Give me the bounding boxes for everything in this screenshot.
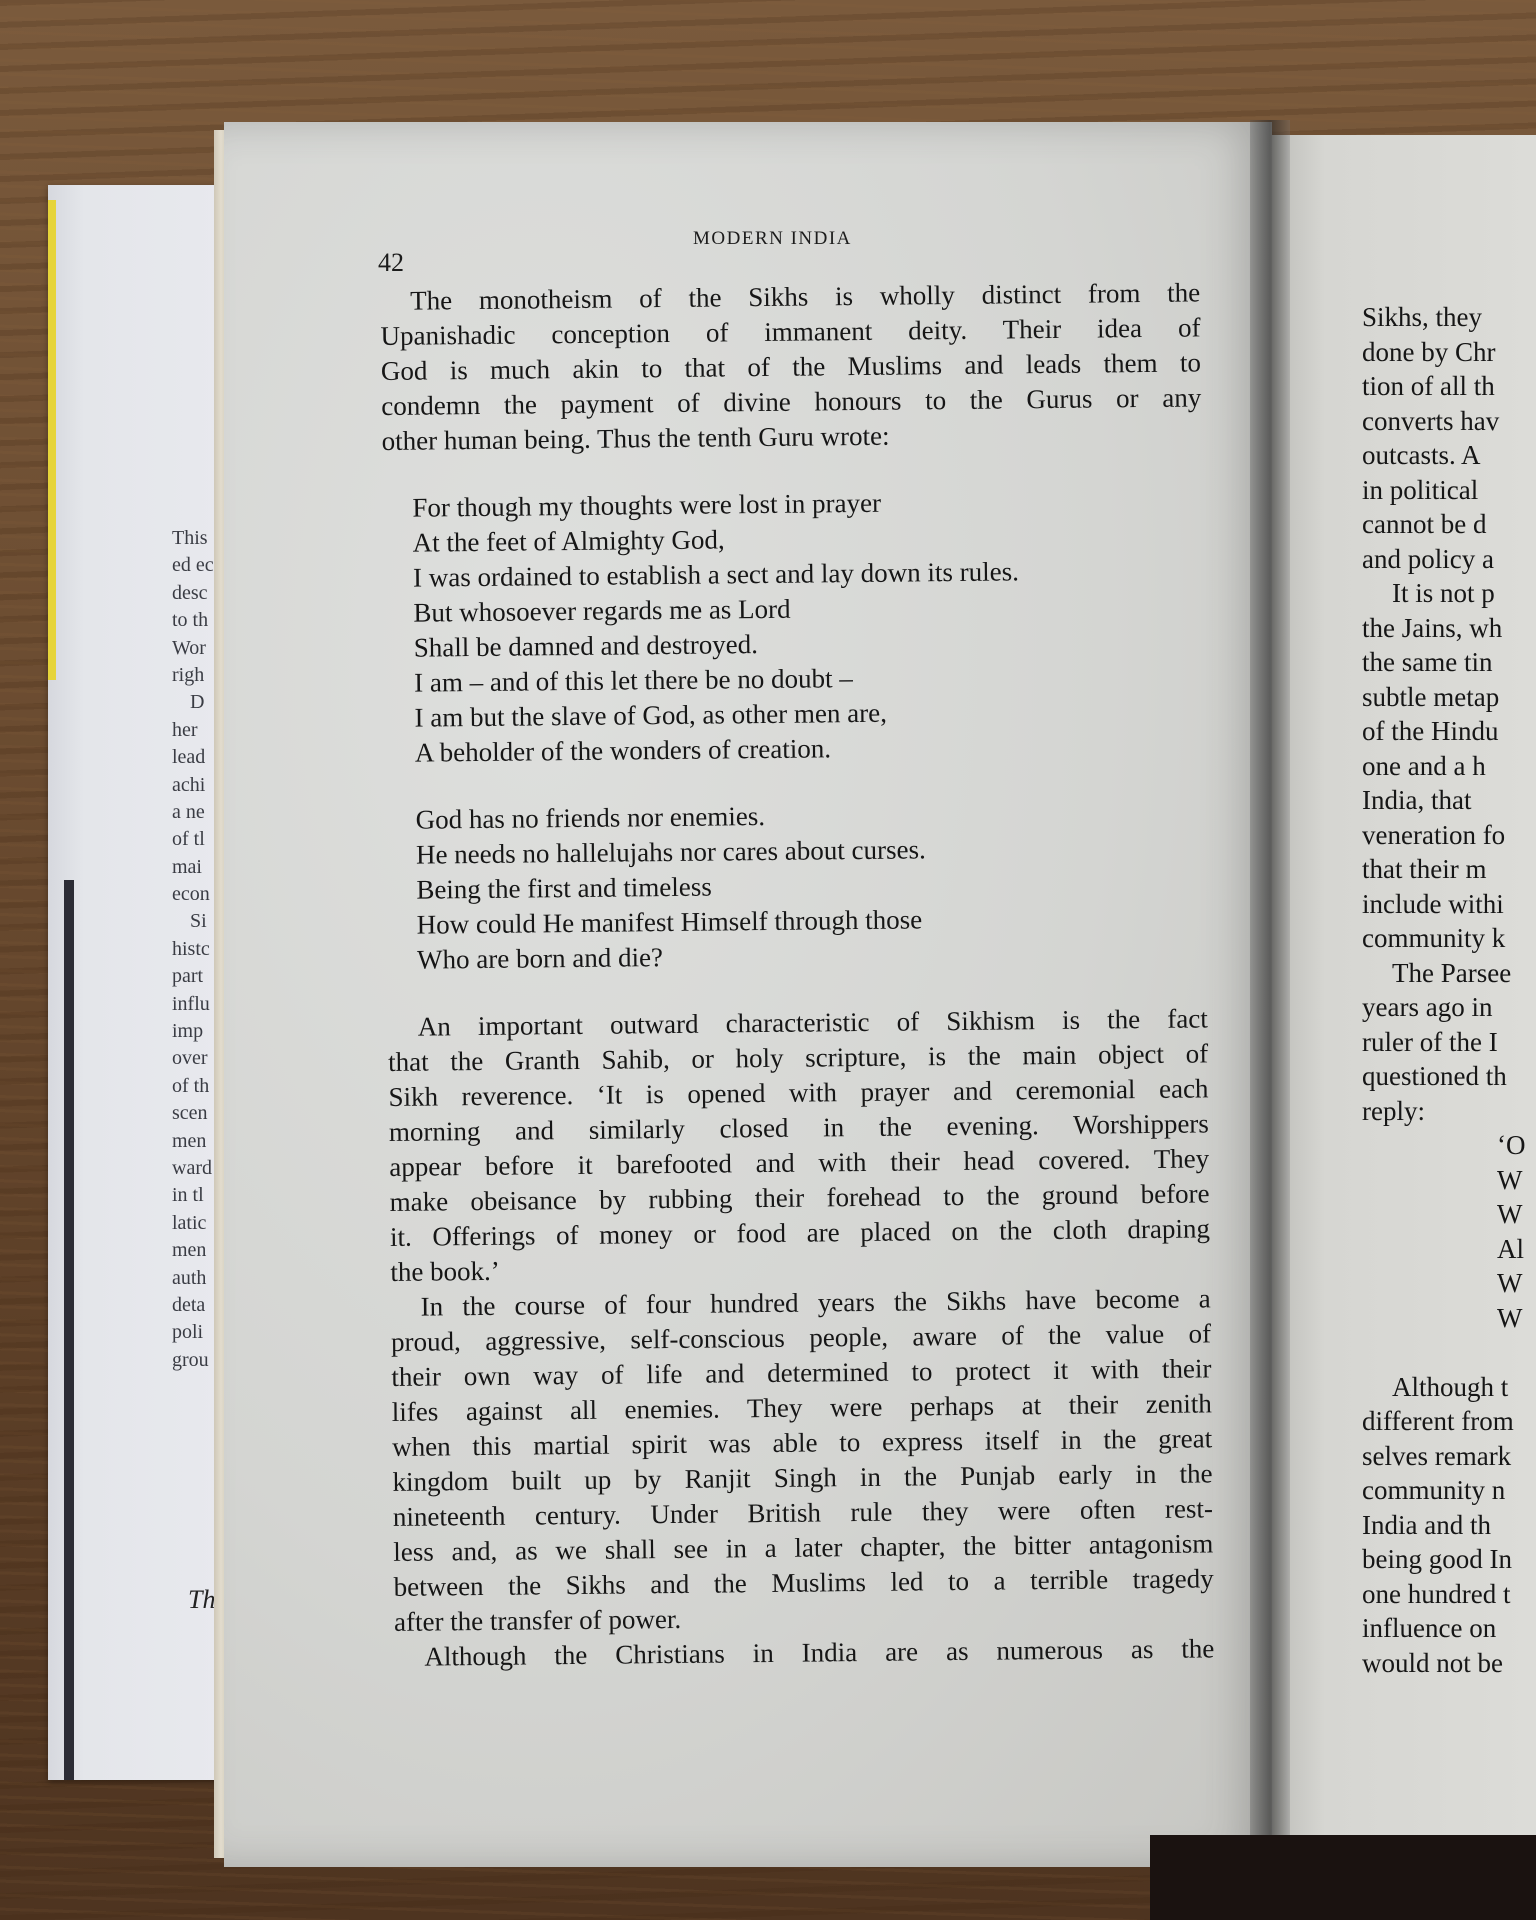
right-page-text-line: ‘O	[1362, 1128, 1536, 1163]
jacket-yellow-spine-stripe	[48, 200, 56, 680]
right-page-text-line: W	[1362, 1197, 1536, 1232]
right-page-text-line: converts hav	[1362, 404, 1536, 439]
right-page-text-line: questioned th	[1362, 1059, 1536, 1094]
right-page-text-line: years ago in	[1362, 990, 1536, 1025]
paragraph-3: In the course of four hundred years the …	[391, 1281, 1215, 1640]
page-number: 42	[378, 248, 404, 278]
right-page-text-line: one and a h	[1362, 749, 1536, 784]
right-page-text-line: ruler of the I	[1362, 1025, 1536, 1060]
right-page-text-line: veneration fo	[1362, 818, 1536, 853]
poem-stanza-1: For though my thoughts were lost in pray…	[382, 482, 1205, 771]
right-page-text-line: Sikhs, they	[1362, 300, 1536, 335]
right-page-text-line: would not be	[1362, 1646, 1536, 1681]
jacket-dark-spine-edge	[64, 880, 74, 1780]
right-page-text-line: different from	[1362, 1404, 1536, 1439]
right-page-text-line: influence on	[1362, 1611, 1536, 1646]
right-page-text-line: of the Hindu	[1362, 714, 1536, 749]
paragraph-2: An important outward characteristic of S…	[388, 1001, 1211, 1290]
right-page-text-line: done by Chr	[1362, 335, 1536, 370]
right-page-text-line: community k	[1362, 921, 1536, 956]
right-page-text-line: W	[1362, 1163, 1536, 1198]
right-page-text-line: It is not p	[1362, 576, 1536, 611]
right-page-text-line: The Parsee	[1362, 956, 1536, 991]
right-page-text-line: the Jains, wh	[1362, 611, 1536, 646]
right-page-text-line: include withi	[1362, 887, 1536, 922]
right-page-body: Sikhs, theydone by Chrtion of all thconv…	[1362, 300, 1536, 1680]
right-page-text-line: being good In	[1362, 1542, 1536, 1577]
book-gutter	[1250, 120, 1290, 1910]
right-page-text-line: India and th	[1362, 1508, 1536, 1543]
paragraph-1: The monotheism of the Sikhs is wholly di…	[380, 275, 1202, 459]
poem-stanza-2: God has no friends nor enemies.He needs …	[385, 794, 1207, 978]
right-page-text-line: the same tin	[1362, 645, 1536, 680]
running-head: MODERN INDIA	[693, 228, 852, 250]
right-page-text-line: subtle metap	[1362, 680, 1536, 715]
right-page-text-line: Al	[1362, 1232, 1536, 1267]
right-page-text-line: reply:	[1362, 1094, 1536, 1129]
right-page-text-line: community n	[1362, 1473, 1536, 1508]
right-page-text-line: W	[1362, 1301, 1536, 1336]
right-page-text-line: selves remark	[1362, 1439, 1536, 1474]
right-page-text-line: in political	[1362, 473, 1536, 508]
right-page-text-line: tion of all th	[1362, 369, 1536, 404]
right-page-text-line: and policy a	[1362, 542, 1536, 577]
right-page-text-line: cannot be d	[1362, 507, 1536, 542]
right-page-text-line	[1362, 1335, 1536, 1370]
right-page-text-line: India, that	[1362, 783, 1536, 818]
shadow-under-book	[1150, 1835, 1536, 1920]
right-page-text-line: that their m	[1362, 852, 1536, 887]
right-page-text-line: W	[1362, 1266, 1536, 1301]
right-page-text-line: Although t	[1362, 1370, 1536, 1405]
left-page-body: The monotheism of the Sikhs is wholly di…	[380, 275, 1215, 1675]
right-page-text-line: one hundred t	[1362, 1577, 1536, 1612]
right-page-text-line: outcasts. A	[1362, 438, 1536, 473]
